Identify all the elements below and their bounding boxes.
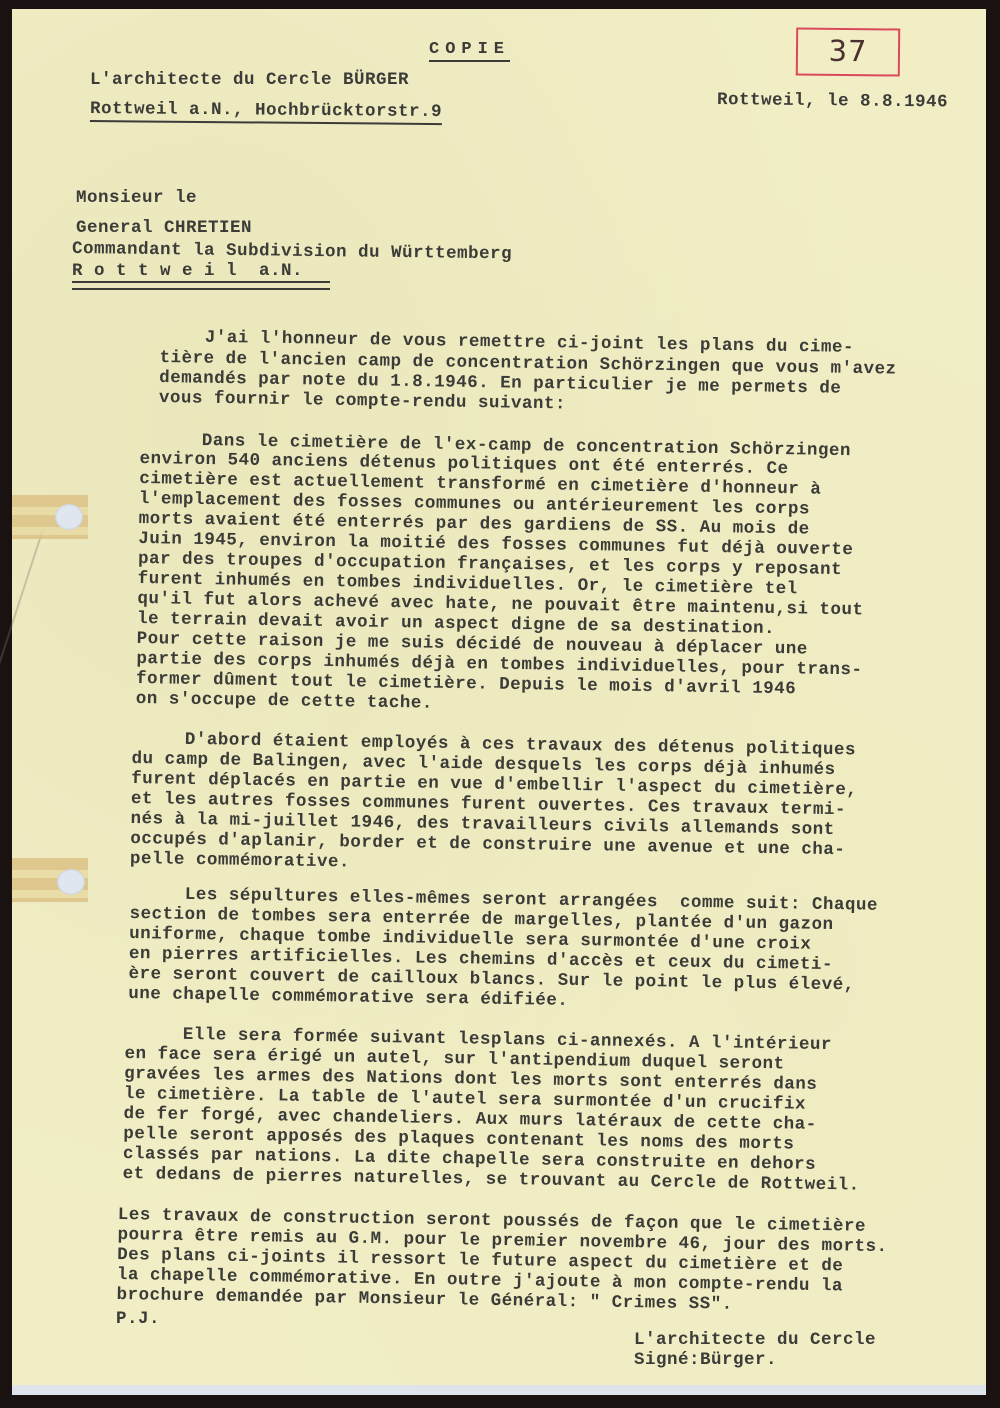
punch-hole-top	[55, 504, 83, 530]
underline-1	[72, 281, 330, 283]
signature-title: L'architecte du Cercle	[634, 1332, 876, 1350]
archive-number-stamp: 37	[796, 27, 900, 76]
text-line: on s'occupe de cette tache.	[136, 691, 433, 713]
text-line: vous fournir le compte-rendu suivant:	[159, 390, 566, 414]
recipient-line-1: Monsieur le	[76, 190, 197, 208]
archive-number: 37	[798, 33, 898, 68]
sender-line-2: Rottweil a.N., Hochbrücktorstr.9	[90, 101, 442, 125]
scan-edge	[12, 1385, 986, 1395]
pencil-mark	[0, 529, 44, 872]
recipient-line-4: R o t t w e i l a.N.	[72, 263, 303, 281]
recipient-line-2: General CHRETIEN	[76, 220, 252, 238]
document-page: COPIE 37 L'architecte du Cercle BÜRGER R…	[12, 9, 986, 1385]
copie-heading: COPIE	[429, 40, 510, 62]
text-line: pelle commémorative.	[130, 851, 350, 872]
text-line: une chapelle commémorative sera édifiée.	[128, 986, 568, 1010]
underline-2	[72, 288, 330, 290]
place-date: Rottweil, le 8.8.1946	[717, 92, 948, 112]
signature-name: Signé:Bürger.	[634, 1352, 777, 1370]
sender-line-1: L'architecte du Cercle BÜRGER	[90, 72, 409, 90]
enclosure-note: P.J.	[116, 1311, 160, 1329]
punch-hole-bottom	[57, 869, 85, 895]
